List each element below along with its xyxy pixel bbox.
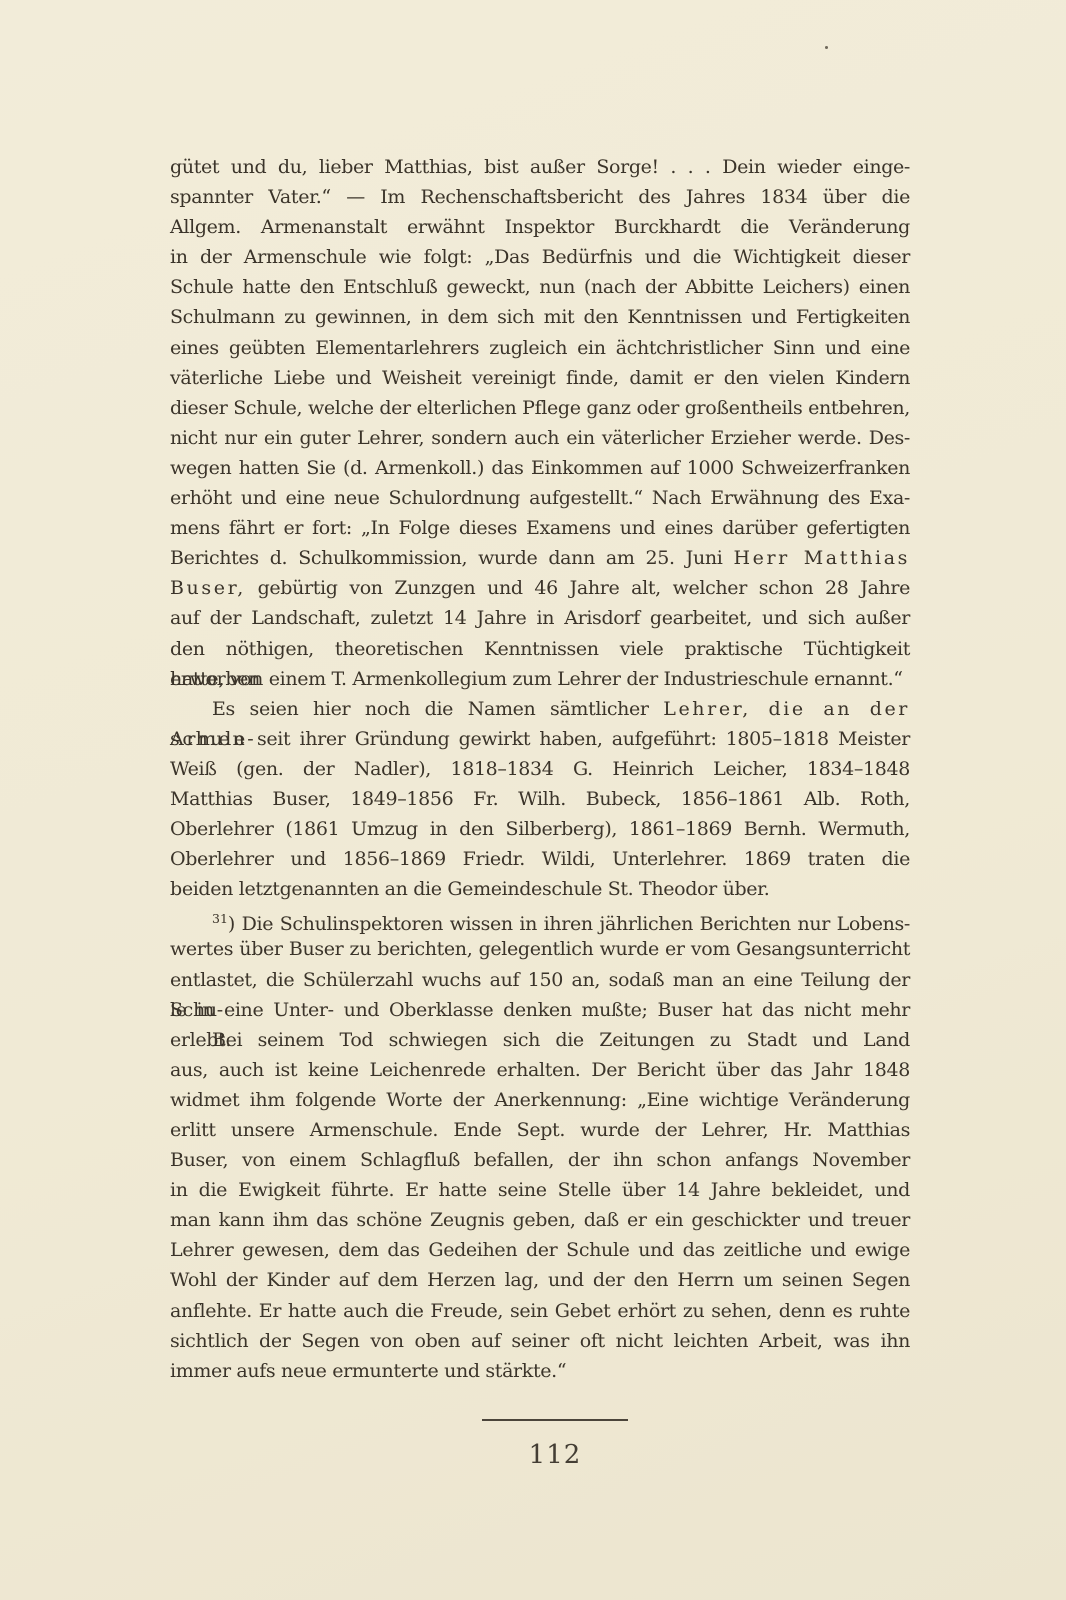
text-line: immer aufs neue ermunterte und stärkte.“ — [170, 1356, 910, 1386]
text-line: in der Armenschule wie folgt: „Das Bedür… — [170, 242, 910, 272]
text-segment: hatte, von einem T. Armenkollegium zum L… — [170, 668, 903, 690]
text-line: Lehrer gewesen, dem das Gedeihen der Sch… — [170, 1235, 910, 1265]
text-line: mens fährt er fort: „In Folge dieses Exa… — [170, 513, 910, 543]
text-line: gütet und du, lieber Matthias, bist auße… — [170, 152, 910, 182]
text-line: sichtlich der Segen von oben auf seiner … — [170, 1326, 910, 1356]
text-line: man kann ihm das schöne Zeugnis geben, d… — [170, 1205, 910, 1235]
text-line: wertes über Buser zu berichten, gelegent… — [170, 934, 910, 964]
text-line: hatte, von einem T. Armenkollegium zum L… — [170, 664, 910, 694]
text-segment: Oberlehrer (1861 Umzug in den Silberberg… — [170, 818, 910, 840]
text-segment: Wohl der Kinder auf dem Herzen lag, und … — [170, 1269, 910, 1291]
text-segment: in der Armenschule wie folgt: „Das Bedür… — [170, 246, 910, 268]
text-segment: mens fährt er fort: „In Folge dieses Exa… — [170, 517, 910, 539]
text-segment: Bei seinem Tod schwiegen sich die Zeitun… — [212, 1029, 910, 1051]
text-line: beiden letztgenannten an die Gemeindesch… — [170, 874, 910, 904]
text-line: Weiß (gen. der Nadler), 1818–1834 G. Hei… — [170, 754, 910, 784]
text-line: spannter Vater.“ — Im Rechenschaftsberic… — [170, 182, 910, 212]
text-segment: Berichtes d. Schulkommission, wurde dann… — [170, 547, 733, 569]
text-segment: Lehrer gewesen, dem das Gedeihen der Sch… — [170, 1239, 910, 1261]
text-line: entlastet, die Schülerzahl wuchs auf 150… — [170, 965, 910, 995]
text-segment: Schulmann zu gewinnen, in dem sich mit d… — [170, 306, 910, 328]
footer-divider — [482, 1419, 628, 1421]
text-line: Matthias Buser, 1849–1856 Fr. Wilh. Bube… — [170, 784, 910, 814]
text-segment: wertes über Buser zu berichten, gelegent… — [170, 938, 910, 960]
text-line: Allgem. Armenanstalt erwähnt Inspektor B… — [170, 212, 910, 242]
text-line: widmet ihm folgende Worte der Anerkennun… — [170, 1085, 910, 1115]
text-line: väterliche Liebe und Weisheit vereinigt … — [170, 363, 910, 393]
text-segment: Allgem. Armenanstalt erwähnt Inspektor B… — [170, 216, 910, 238]
text-line: Buser, von einem Schlagfluß befallen, de… — [170, 1145, 910, 1175]
text-segment: sichtlich der Segen von oben auf seiner … — [170, 1330, 910, 1352]
text-segment: erhöht und eine neue Schulordnung aufges… — [170, 487, 910, 509]
text-segment: gebürtig von Zunzgen und 46 Jahre alt, w… — [246, 577, 910, 599]
text-segment: nicht nur ein guter Lehrer, sondern auch… — [170, 427, 910, 449]
text-segment: Weiß (gen. der Nadler), 1818–1834 G. Hei… — [170, 758, 910, 780]
text-segment: gütet und du, lieber Matthias, bist auße… — [170, 156, 910, 178]
text-line: wegen hatten Sie (d. Armenkoll.) das Ein… — [170, 453, 910, 483]
text-segment: beiden letztgenannten an die Gemeindesch… — [170, 878, 770, 900]
paragraph: 31) Die Schulinspektoren wissen in ihren… — [170, 904, 910, 1024]
text-segment: widmet ihm folgende Worte der Anerkennun… — [170, 1089, 910, 1111]
text-segment: Oberlehrer und 1856–1869 Friedr. Wildi, … — [170, 848, 910, 870]
book-page: gütet und du, lieber Matthias, bist auße… — [0, 0, 1066, 1600]
text-line: anflehte. Er hatte auch die Freude, sein… — [170, 1296, 910, 1326]
text-line: Es seien hier noch die Namen sämtlicher … — [170, 694, 910, 724]
footnote-marker: 31 — [212, 911, 228, 926]
text-line: in die Ewigkeit führte. Er hatte seine S… — [170, 1175, 910, 1205]
text-segment: schule — [170, 728, 248, 750]
text-segment: Herr Matthias — [733, 547, 910, 569]
text-line: den nöthigen, theoretischen Kenntnissen … — [170, 634, 910, 664]
text-segment: spannter Vater.“ — Im Rechenschaftsberic… — [170, 186, 910, 208]
text-segment: erlitt unsere Armenschule. Ende Sept. wu… — [170, 1119, 910, 1141]
text-line: dieser Schule, welche der elterlichen Pf… — [170, 393, 910, 423]
text-line: aus, auch ist keine Leichenrede erhalten… — [170, 1055, 910, 1085]
text-segment: dieser Schule, welche der elterlichen Pf… — [170, 397, 910, 419]
text-line: auf der Landschaft, zuletzt 14 Jahre in … — [170, 603, 910, 633]
text-segment: Buser, von einem Schlagfluß befallen, de… — [170, 1149, 910, 1171]
text-line: nicht nur ein guter Lehrer, sondern auch… — [170, 423, 910, 453]
text-segment: eines geübten Elementarlehrers zugleich … — [170, 337, 910, 359]
text-segment: immer aufs neue ermunterte und stärkte.“ — [170, 1360, 566, 1382]
paragraph: Es seien hier noch die Namen sämtlicher … — [170, 694, 910, 905]
text-segment: aus, auch ist keine Leichenrede erhalten… — [170, 1059, 910, 1081]
text-line: Berichtes d. Schulkommission, wurde dann… — [170, 543, 910, 573]
text-line: erlitt unsere Armenschule. Ende Sept. wu… — [170, 1115, 910, 1145]
page-number: 112 — [482, 1440, 628, 1470]
text-segment: Schule hatte den Entschluß geweckt, nun … — [170, 276, 910, 298]
text-line: Bei seinem Tod schwiegen sich die Zeitun… — [170, 1025, 910, 1055]
text-segment: wegen hatten Sie (d. Armenkoll.) das Ein… — [170, 457, 910, 479]
text-segment: in die Ewigkeit führte. Er hatte seine S… — [170, 1179, 910, 1201]
text-line: 31) Die Schulinspektoren wissen in ihren… — [170, 904, 910, 934]
paragraph: gütet und du, lieber Matthias, bist auße… — [170, 152, 910, 694]
text-block: gütet und du, lieber Matthias, bist auße… — [170, 152, 910, 1386]
text-segment: ) Die Schulinspektoren wissen in ihren j… — [228, 913, 910, 935]
text-line: eines geübten Elementarlehrers zugleich … — [170, 333, 910, 363]
text-segment: Matthias Buser, 1849–1856 Fr. Wilh. Bube… — [170, 788, 910, 810]
text-line: Schule hatte den Entschluß geweckt, nun … — [170, 272, 910, 302]
paragraph: Bei seinem Tod schwiegen sich die Zeitun… — [170, 1025, 910, 1386]
text-segment: man kann ihm das schöne Zeugnis geben, d… — [170, 1209, 910, 1231]
text-line: Buser, gebürtig von Zunzgen und 46 Jahre… — [170, 573, 910, 603]
text-segment: anflehte. Er hatte auch die Freude, sein… — [170, 1300, 910, 1322]
text-segment: Buser, — [170, 577, 246, 599]
text-line: le in eine Unter- und Oberklasse denken … — [170, 995, 910, 1025]
text-line: Schulmann zu gewinnen, in dem sich mit d… — [170, 302, 910, 332]
text-segment: väterliche Liebe und Weisheit vereinigt … — [170, 367, 910, 389]
text-line: Wohl der Kinder auf dem Herzen lag, und … — [170, 1265, 910, 1295]
text-line: erhöht und eine neue Schulordnung aufges… — [170, 483, 910, 513]
text-segment: auf der Landschaft, zuletzt 14 Jahre in … — [170, 607, 910, 629]
text-line: schule seit ihrer Gründung gewirkt haben… — [170, 724, 910, 754]
text-line: Oberlehrer und 1856–1869 Friedr. Wildi, … — [170, 844, 910, 874]
text-line: Oberlehrer (1861 Umzug in den Silberberg… — [170, 814, 910, 844]
text-segment: Es seien hier noch die Namen sämtlicher — [212, 698, 663, 720]
ink-speck — [825, 46, 828, 49]
text-segment: seit ihrer Gründung gewirkt haben, aufge… — [248, 728, 910, 750]
